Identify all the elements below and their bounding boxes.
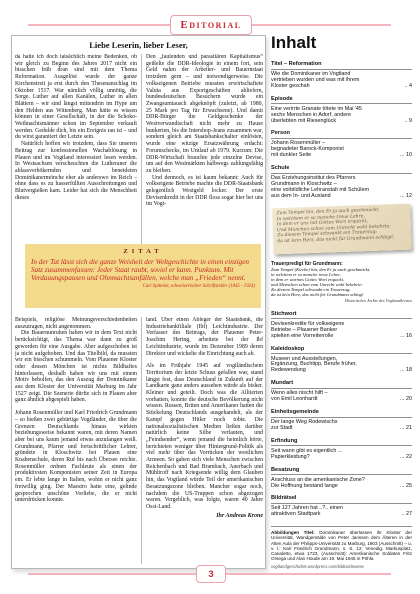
- toc-category: Mundart: [271, 380, 412, 387]
- toc-category: Einheitsgemeinde: [271, 409, 412, 416]
- toc-entry-text: Kloster geschah: [271, 84, 310, 90]
- toc-rule: [271, 103, 412, 104]
- toc-entry-text: attraktiven Stadtpark: [271, 512, 320, 518]
- toc-category: Person: [271, 130, 412, 137]
- toc-page-number: ... 12: [400, 194, 412, 200]
- toc-page-number: ... 20: [400, 397, 412, 403]
- page-number: 3: [208, 569, 213, 580]
- sermon-transcription: Trauerpredigt für Grundmann: Zum Tempel …: [271, 261, 412, 303]
- image-credits-url: vogtlandgeschichte.wordpress.com/bildnac…: [271, 564, 412, 569]
- toc-page-number: .. 9: [405, 119, 413, 125]
- sermon-line: da ist kein Herz, das nicht für Grundman…: [271, 292, 412, 297]
- page-header-badge: Editorial: [170, 15, 252, 35]
- toc-entry-text: von Emil Leonhardt: [271, 397, 317, 403]
- article-columns-upper: da hatte ich doch tatsächlich meine Bede…: [15, 54, 263, 244]
- paragraph: land. Über einen Ableger der Staatsbank,…: [146, 317, 263, 357]
- paragraph: Als im Frühjahr 1945 auf vogtländischem …: [146, 363, 263, 510]
- editorial-page: Editorial Liebe Leserin, lieber Leser, d…: [0, 0, 420, 594]
- toc-entry-text: spielten eine Vorreiterrolle: [271, 334, 333, 340]
- toc-entry-text: überlebten mit Riesenglück: [271, 119, 336, 125]
- toc-entry-text: Papierkleidung?: [271, 455, 310, 461]
- toc-page-number: ... 10: [400, 153, 412, 159]
- handwritten-note-image: Zum Tempel hin, den Er ja auch geschmück…: [272, 203, 412, 254]
- sermon-credit: Historisches Archiv des Vogtlandkreises: [271, 298, 412, 303]
- author-signature: Ihr Andreas Krone: [146, 513, 263, 520]
- toc-rule: [271, 445, 412, 446]
- toc-entry-line: Papierkleidung?... 22: [271, 455, 412, 461]
- toc-section: Bildrätsel Seit 127 Jahren hat ..?.. ein…: [271, 495, 412, 518]
- editorial-article-frame: Liebe Leserin, lieber Leser, da hatte ic…: [11, 35, 266, 569]
- toc-category: Bildrätsel: [271, 495, 412, 502]
- toc-section: Schule Das Erziehungsinstitut des Pfarre…: [271, 165, 412, 200]
- toc-section: Mundart Wenn alles nischt hilft – von Em…: [271, 380, 412, 403]
- article-columns-lower: Beispiels, religiöse Meinungsverschieden…: [15, 317, 263, 564]
- toc-rule: [271, 69, 412, 70]
- toc-category: Episode: [271, 96, 412, 103]
- toc-entry-line: Die Hoffnung bestand lange... 25: [271, 484, 412, 490]
- column-left-upper: da hatte ich doch tatsächlich meine Bede…: [15, 54, 141, 244]
- paragraph: Die Bauernunruhen haben wir in dem Text …: [15, 330, 137, 404]
- toc-rule: [271, 318, 412, 319]
- toc-title: Inhalt: [271, 33, 412, 53]
- paragraph: Und dennoch, es ist kaum bekannt: Auch f…: [146, 175, 263, 209]
- toc-entry-text: zur Stadt: [271, 426, 293, 432]
- toc-page-number: ... 25: [400, 484, 412, 490]
- toc-rule: [271, 474, 412, 475]
- toc-category: Titel – Reformation: [271, 61, 412, 68]
- toc-page-number: ... 21: [400, 426, 412, 432]
- toc-section: Stichwort Devisenkredite für volkseigene…: [271, 311, 412, 340]
- quote-text: In der Tat lässt sich die ganze Weisheit…: [31, 258, 255, 283]
- paragraph: Natürlich hoffen wir trotzdem, dass Sie …: [15, 141, 137, 201]
- toc-entry-line: zur Stadt... 21: [271, 426, 412, 432]
- toc-category: Kaleidoskop: [271, 346, 412, 353]
- toc-entry-line: attraktiven Stadtpark.. 27: [271, 512, 412, 518]
- paragraph: Den „faulenden und parasitären Kapitalis…: [146, 54, 263, 175]
- paragraph: Beispiels, religiöse Meinungsverschieden…: [15, 317, 137, 330]
- toc-rule: [271, 417, 412, 418]
- article-salutation: Liebe Leserin, lieber Leser,: [12, 40, 265, 50]
- toc-entry-text: aus dem In- und Ausland: [271, 194, 331, 200]
- quote-attribution: Carl Spitteler, schweizerischer Schrifts…: [31, 284, 255, 289]
- quote-box: ZITAT In der Tat lässt sich die ganze We…: [25, 244, 261, 308]
- toc-entry-line: aus dem In- und Ausland... 12: [271, 194, 412, 200]
- toc-entry-line: spielten eine Vorreiterrolle... 16: [271, 334, 412, 340]
- column-left-lower: Beispiels, religiöse Meinungsverschieden…: [15, 317, 141, 564]
- toc-section: Kaleidoskop Museen und Ausstellungen, Er…: [271, 346, 412, 375]
- page-header-label: Editorial: [180, 19, 241, 31]
- toc-entry-line: Kloster geschah.. 4: [271, 84, 412, 90]
- toc-section: Titel – Reformation Wie die Dominikaner …: [271, 61, 412, 90]
- column-right-lower: land. Über einen Ableger der Staatsbank,…: [141, 317, 263, 564]
- toc-entry-line: Redewendung... 18: [271, 368, 412, 374]
- toc-section: Episode Eine verirrte Granate tötete im …: [271, 96, 412, 125]
- toc-page-number: ... 22: [400, 455, 412, 461]
- toc-page-number: .. 4: [405, 84, 413, 90]
- table-of-contents: Inhalt Titel – Reformation Wie die Domin…: [271, 33, 412, 569]
- toc-entry-text: Redewendung: [271, 368, 306, 374]
- toc-section: Erfindung Seit wann gibt es eigentlich .…: [271, 438, 412, 461]
- toc-category: Stichwort: [271, 311, 412, 318]
- column-right-upper: Den „faulenden und parasitären Kapitalis…: [141, 54, 263, 244]
- toc-entry-text: Die Hoffnung bestand lange: [271, 484, 338, 490]
- toc-section: Besatzung Anschluss an die amerikanische…: [271, 467, 412, 490]
- paragraph: Johann Rosenmüller und Karl Friedrich Gr…: [15, 410, 137, 504]
- toc-entry-line: überlebten mit Riesenglück.. 9: [271, 119, 412, 125]
- toc-entry-line: von Emil Leonhardt... 20: [271, 397, 412, 403]
- quote-label: ZITAT: [31, 248, 255, 255]
- image-credits-text: Dominikaner überlassen ihr Kloster der U…: [271, 530, 412, 561]
- toc-category: Erfindung: [271, 438, 412, 445]
- toc-rule: [271, 138, 412, 139]
- toc-page-number: .. 27: [402, 512, 413, 518]
- paragraph: da hatte ich doch tatsächlich meine Bede…: [15, 54, 137, 141]
- toc-entry-line: mit dunkler Seite... 10: [271, 153, 412, 159]
- toc-section: Einheitsgemeinde Der lange Weg Rodewisch…: [271, 409, 412, 432]
- toc-page-number: ... 18: [400, 368, 412, 374]
- toc-category: Schule: [271, 165, 412, 172]
- toc-rule: [271, 353, 412, 354]
- toc-rule: [271, 388, 412, 389]
- image-credits: Abbildungen Titel: Dominikaner überlasse…: [271, 526, 412, 568]
- toc-rule: [271, 173, 412, 174]
- toc-section: Person Johann Rosenmüller – begnadeter B…: [271, 130, 412, 159]
- toc-category: Besatzung: [271, 467, 412, 474]
- page-number-badge: 3: [196, 565, 226, 583]
- toc-page-number: ... 16: [400, 334, 412, 340]
- toc-entry-text: mit dunkler Seite: [271, 153, 311, 159]
- toc-rule: [271, 503, 412, 504]
